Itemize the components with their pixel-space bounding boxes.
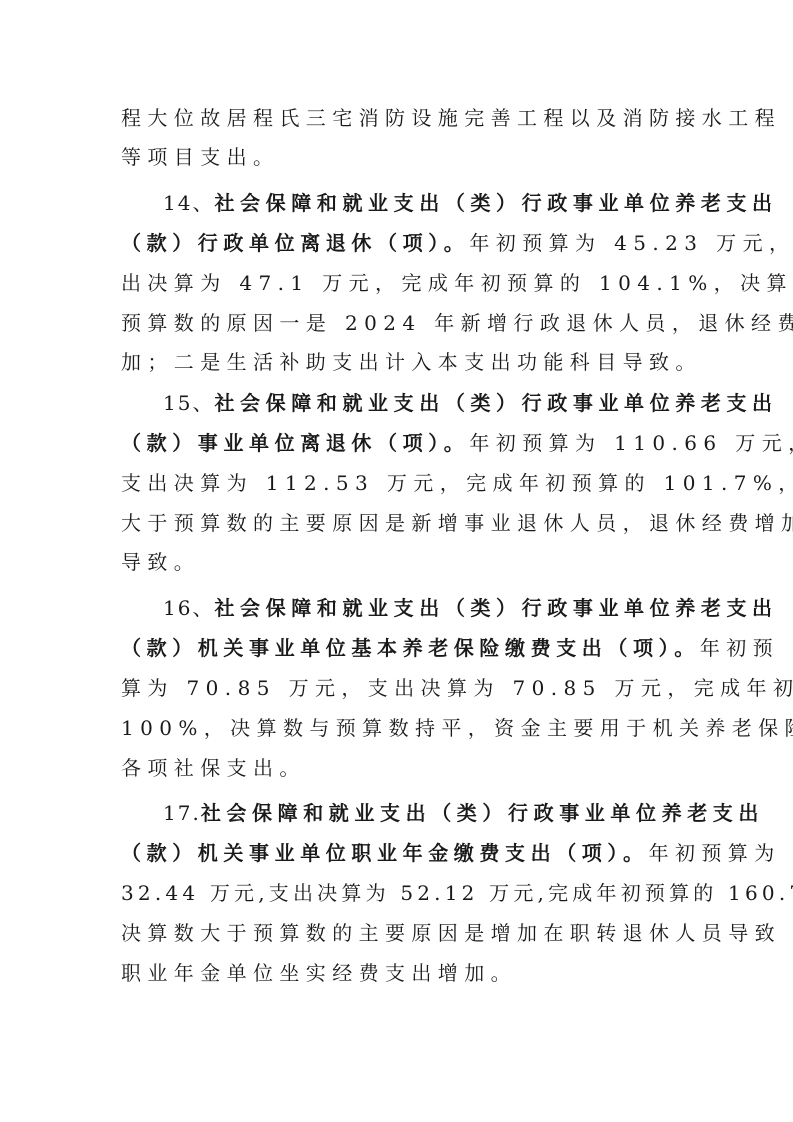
section-14-line-5: 加；二是生活补助支出计入本支出功能科目导致。 <box>121 347 673 377</box>
section-16-line-3: 算为 70.85 万元，支出决算为 70.85 万元，完成年初预算的 <box>121 673 673 703</box>
section-number: 15、 <box>163 391 214 415</box>
section-14-line-3: 出决算为 47.1 万元，完成年初预算的 104.1%，决算数大于 <box>121 268 673 298</box>
section-number: 14、 <box>163 191 214 215</box>
section-15-line-5: 导致。 <box>121 547 673 577</box>
body-text: 年初预算为 110.66 万元， <box>469 431 793 455</box>
section-17-heading: 17.社会保障和就业支出（类）行政事业单位养老支出 <box>163 798 673 828</box>
section-title: 社会保障和就业支出（类）行政事业单位养老支出 <box>214 191 777 215</box>
section-15-line-2: （款）事业单位离退休（项）。年初预算为 110.66 万元， <box>121 428 673 458</box>
section-number: 17. <box>163 801 201 825</box>
section-title-cont: （款）机关事业单位职业年金缴费支出（项）。 <box>121 841 649 865</box>
section-16-heading: 16、社会保障和就业支出（类）行政事业单位养老支出 <box>163 593 673 623</box>
section-15-line-3: 支出决算为 112.53 万元，完成年初预算的 101.7%，决算数 <box>121 468 673 498</box>
section-17-line-3: 32.44 万元,支出决算为 52.12 万元,完成年初预算的 160.7%, <box>121 878 673 908</box>
section-14-line-2: （款）行政单位离退休（项）。年初预算为 45.23 万元，支 <box>121 228 673 258</box>
section-15-line-4: 大于预算数的主要原因是新增事业退休人员，退休经费增加 <box>121 508 673 538</box>
section-number: 16、 <box>163 596 214 620</box>
section-17-line-2: （款）机关事业单位职业年金缴费支出（项）。年初预算为 <box>121 838 673 868</box>
body-text: 年初预 <box>700 636 779 660</box>
document-page: 程大位故居程氏三宅消防设施完善工程以及消防接水工程 等项目支出。 14、社会保障… <box>0 0 793 1122</box>
section-title-cont: （款）行政单位离退休（项）。 <box>121 231 469 255</box>
section-14-line-4: 预算数的原因一是 2024 年新增行政退休人员，退休经费增 <box>121 308 673 338</box>
section-title: 社会保障和就业支出（类）行政事业单位养老支出 <box>201 801 764 825</box>
continuation-line-1: 程大位故居程氏三宅消防设施完善工程以及消防接水工程 <box>121 103 673 133</box>
continuation-line-2: 等项目支出。 <box>121 142 673 172</box>
section-17-line-5: 职业年金单位坐实经费支出增加。 <box>121 958 673 988</box>
section-title: 社会保障和就业支出（类）行政事业单位养老支出 <box>214 391 777 415</box>
section-16-line-2: （款）机关事业单位基本养老保险缴费支出（项）。年初预 <box>121 633 673 663</box>
section-15-heading: 15、社会保障和就业支出（类）行政事业单位养老支出 <box>163 388 673 418</box>
body-text: 年初预算为 45.23 万元，支 <box>469 231 793 255</box>
section-title-cont: （款）事业单位离退休（项）。 <box>121 431 469 455</box>
section-title-cont: （款）机关事业单位基本养老保险缴费支出（项）。 <box>121 636 700 660</box>
section-16-line-4: 100%，决算数与预算数持平，资金主要用于机关养老保险等 <box>121 713 673 743</box>
section-title: 社会保障和就业支出（类）行政事业单位养老支出 <box>214 596 777 620</box>
body-text: 年初预算为 <box>649 841 781 865</box>
section-16-line-5: 各项社保支出。 <box>121 753 673 783</box>
section-17-line-4: 决算数大于预算数的主要原因是增加在职转退休人员导致 <box>121 918 673 948</box>
section-14-heading: 14、社会保障和就业支出（类）行政事业单位养老支出 <box>163 188 673 218</box>
